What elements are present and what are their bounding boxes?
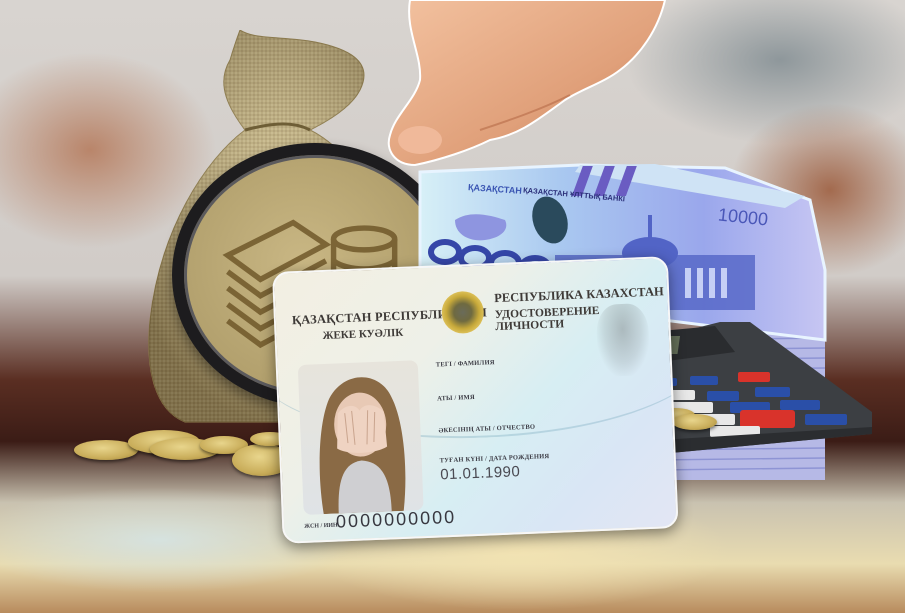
holder-photo <box>298 360 424 515</box>
id-card: ҚАЗАҚСТАН РЕСПУБЛИКАСЫ ЖЕКЕ КУӘЛІК РЕСПУ… <box>272 256 679 544</box>
field-label-name: АТЫ / ИМЯ <box>437 394 475 403</box>
iin-label: ЖСН / ИИН <box>304 523 338 530</box>
ghost-photo <box>596 303 651 377</box>
coin <box>672 414 717 430</box>
field-label-birthdate: ТУҒАН КҮНІ / ДАТА РОЖДЕНИЯ <box>440 453 550 464</box>
iin-value: 0000000000 <box>336 507 457 533</box>
hand-holding-lens <box>380 0 670 175</box>
birthdate-value: 01.01.1990 <box>440 463 521 483</box>
